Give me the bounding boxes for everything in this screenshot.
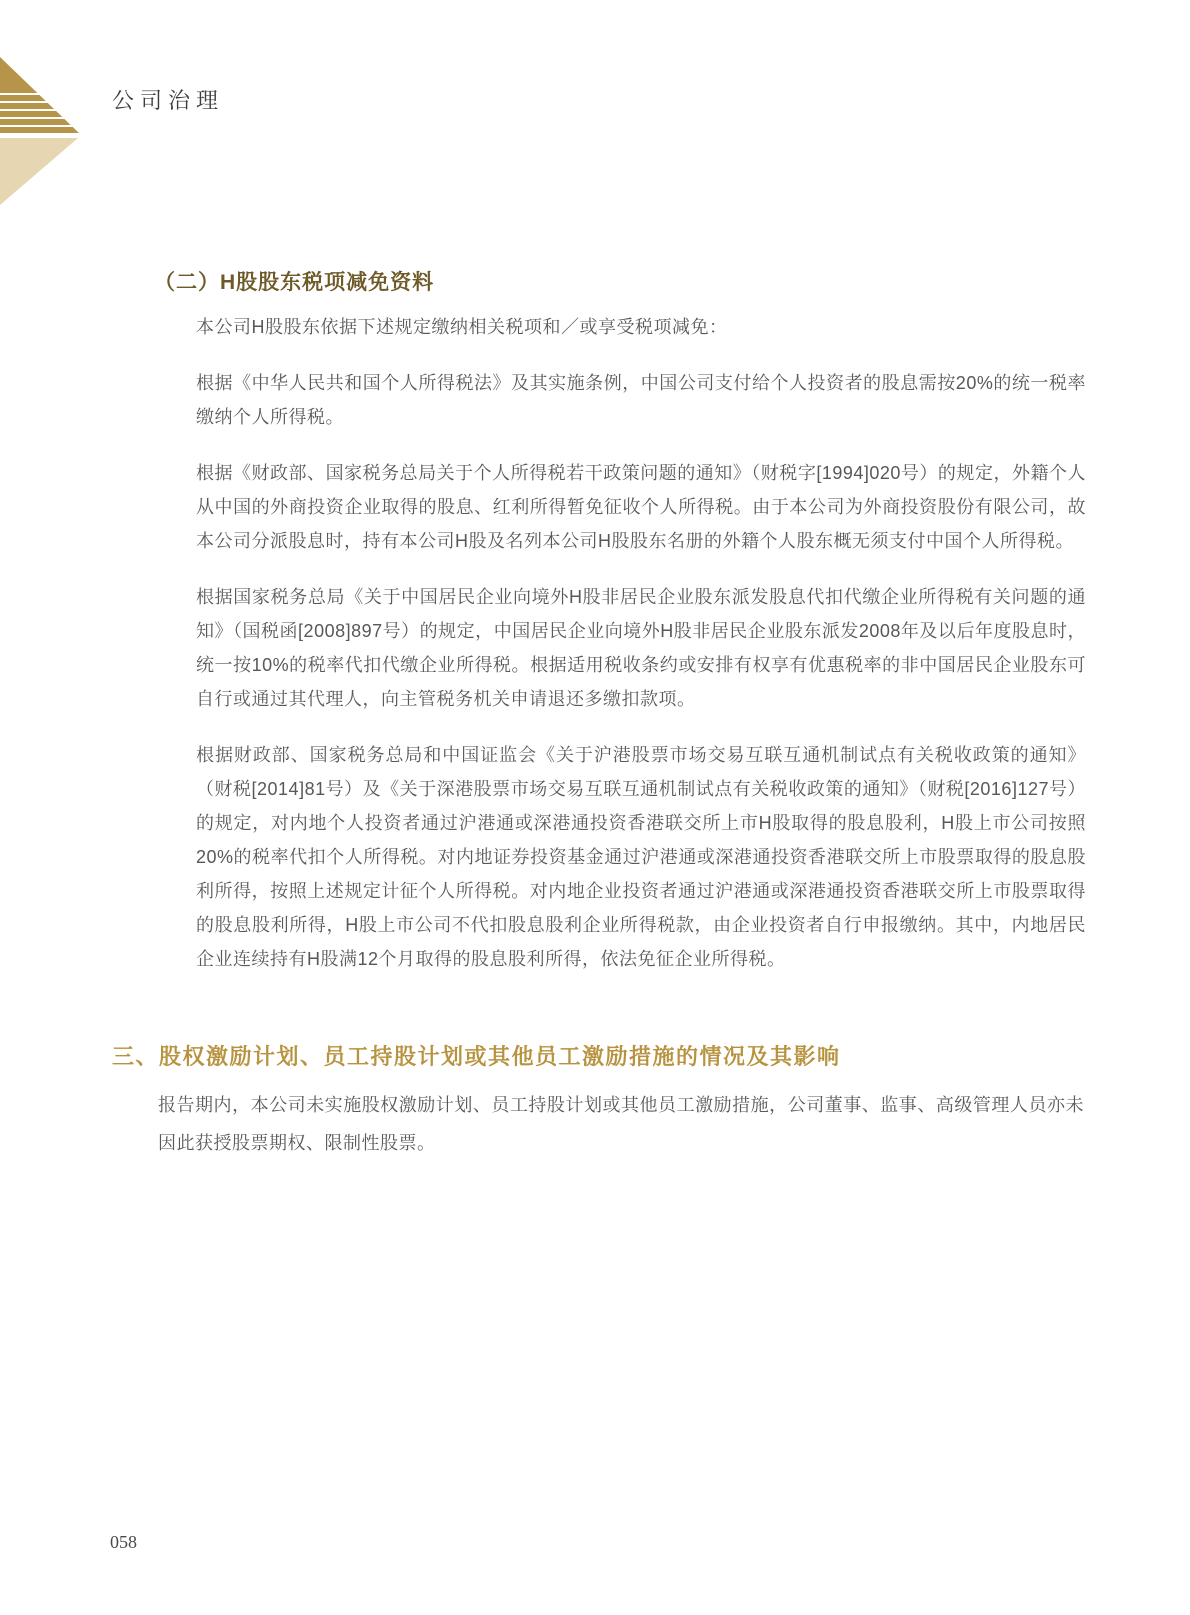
paragraph-no-incentive-plan: 报告期内，本公司未实施股权激励计划、员工持股计划或其他员工激励措施，公司董事、监… [158, 1086, 1084, 1162]
paragraph-stock-connect-policy: 根据财政部、国家税务总局和中国证监会《关于沪港股票市场交易互联互通机制试点有关税… [196, 738, 1086, 976]
body-copy-column: 本公司H股股东依据下述规定缴纳相关税项和／或享受税项减免： 根据《中华人民共和国… [196, 310, 1086, 998]
corner-triangle-shadow [0, 138, 78, 205]
paragraph-enterprise-withholding: 根据国家税务总局《关于中国居民企业向境外H股非居民企业股东派发股息代扣代缴企业所… [196, 580, 1086, 716]
corner-triangle-decoration [0, 57, 80, 134]
triangle-stripes [0, 87, 80, 134]
running-header: 公司治理 [112, 84, 224, 115]
section-heading-tax-relief: （二）H股股东税项减免资料 [154, 266, 434, 296]
paragraph-intro: 本公司H股股东依据下述规定缴纳相关税项和／或享受税项减免： [196, 310, 1086, 344]
document-page: 公司治理 （二）H股股东税项减免资料 本公司H股股东依据下述规定缴纳相关税项和／… [0, 0, 1190, 1615]
triangle-solid-band [0, 57, 80, 87]
section-heading-equity-incentive: 三、股权激励计划、员工持股计划或其他员工激励措施的情况及其影响 [112, 1040, 841, 1071]
paragraph-foreign-individual-exemption: 根据《财政部、国家税务总局关于个人所得税若干政策问题的通知》（财税字[1994]… [196, 456, 1086, 558]
page-number: 058 [110, 1532, 137, 1553]
paragraph-individual-income-tax: 根据《中华人民共和国个人所得税法》及其实施条例，中国公司支付给个人投资者的股息需… [196, 366, 1086, 434]
